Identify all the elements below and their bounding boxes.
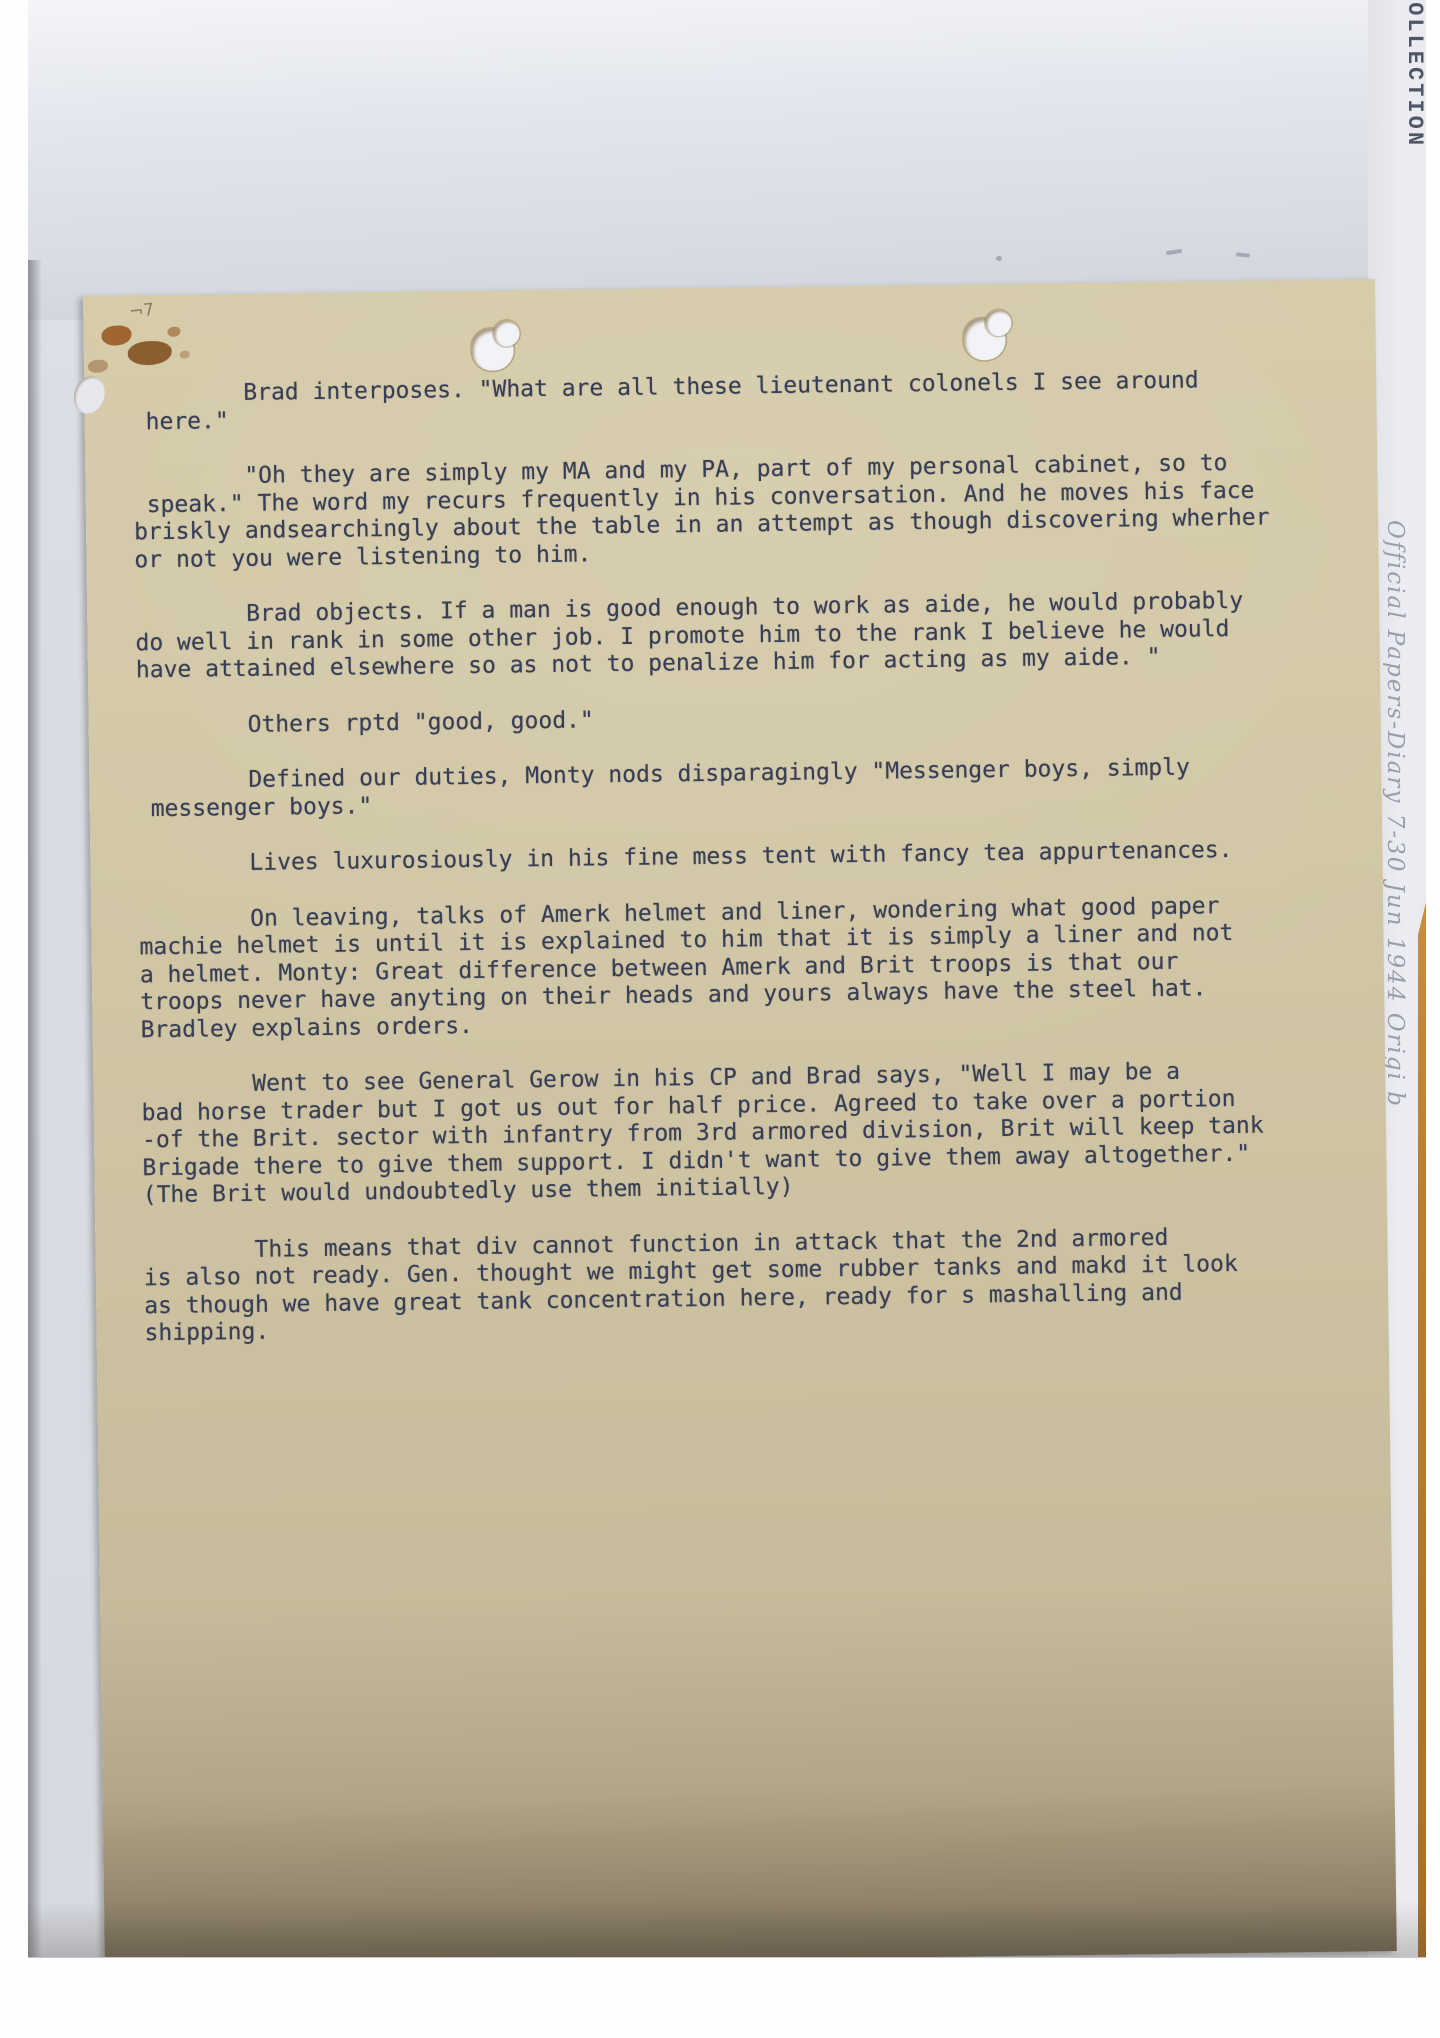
photo-edge-shadow bbox=[28, 260, 42, 1957]
rust-stain bbox=[88, 360, 108, 373]
rust-stain bbox=[128, 341, 172, 366]
collection-stamp-label: COLLECTION bbox=[1402, 0, 1426, 148]
pencil-mark bbox=[996, 256, 1002, 261]
side-note-handwriting: Official Papers-Diary 7-30 Jun 1944 Orig… bbox=[1382, 520, 1408, 1108]
photo-bottom-shadow bbox=[28, 1900, 1426, 1957]
paragraph: Brad objects. If a man is good enough to… bbox=[135, 587, 1331, 685]
paragraph: On leaving, talks of Amerk helmet and li… bbox=[139, 891, 1336, 1044]
paragraph: This means that div cannot function in a… bbox=[143, 1222, 1339, 1348]
rust-stain bbox=[180, 351, 190, 359]
paragraph: Others rptd "good, good." bbox=[136, 697, 1331, 740]
paper-tear bbox=[69, 372, 109, 417]
paragraph: Lives luxurosiously in his fine mess ten… bbox=[138, 836, 1333, 879]
typewritten-page: ¬7 Brad interposes. "What are all these … bbox=[83, 279, 1397, 1958]
rust-stain bbox=[167, 327, 180, 337]
wood-surface-strip bbox=[1418, 858, 1426, 1957]
pencil-tick: ¬7 bbox=[128, 300, 155, 323]
paragraph: "Oh they are simply my MA and my PA, par… bbox=[133, 449, 1329, 575]
scanned-document-screenshot: COLLECTION Official Papers-Diary 7-30 Ju… bbox=[0, 0, 1440, 2038]
scan-photo: COLLECTION Official Papers-Diary 7-30 Ju… bbox=[28, 0, 1426, 1958]
paragraph: Defined our duties, Monty nods disparagi… bbox=[137, 753, 1333, 824]
typed-text-block: Brad interposes. "What are all these lie… bbox=[132, 366, 1340, 1376]
paragraph: Brad interposes. "What are all these lie… bbox=[132, 366, 1328, 437]
backdrop-sheet bbox=[28, 0, 1368, 320]
paragraph: Went to see General Gerow in his CP and … bbox=[141, 1057, 1338, 1210]
punch-hole-right bbox=[963, 318, 1006, 361]
punch-hole-left bbox=[471, 328, 514, 371]
typed-line: Others rptd "good, good." bbox=[136, 697, 1331, 740]
rust-stain bbox=[101, 325, 131, 345]
typed-line: Lives luxurosiously in his fine mess ten… bbox=[138, 836, 1333, 879]
